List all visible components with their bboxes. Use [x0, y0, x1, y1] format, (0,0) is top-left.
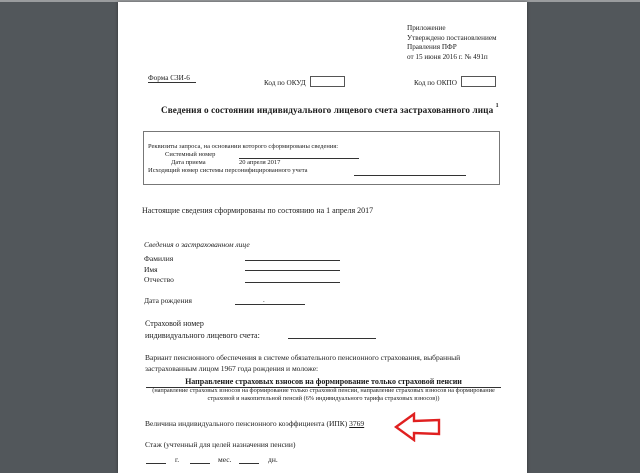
seniority-years-unit: г. — [175, 455, 179, 464]
receipt-date-value: 20 апреля 2017 — [239, 159, 280, 166]
document-title: Сведения о состоянии индивидуального лиц… — [161, 105, 499, 115]
name-label: Имя — [144, 265, 158, 274]
insurance-number-line — [288, 338, 376, 339]
birth-date-line — [235, 304, 305, 305]
request-details-box: Реквизиты запроса, на основании которого… — [143, 131, 500, 185]
red-left-arrow-icon — [394, 412, 442, 442]
pension-option-text: Вариант пенсионного обеспечения в систем… — [145, 352, 505, 374]
birth-date-separator: . — [263, 296, 265, 304]
outgoing-number-line — [354, 175, 466, 176]
okpo-label: Код по ОКПО — [414, 79, 457, 87]
okud-box — [310, 76, 345, 87]
title-footnote: 1 — [496, 103, 499, 109]
system-number-label: Системный номер — [165, 151, 215, 158]
ipk-label: Величина индивидуального пенсионного коэ… — [145, 419, 347, 428]
appendix-line-2: Утверждено постановлением — [407, 34, 497, 44]
form-name: Форма СЗИ-6 — [148, 74, 196, 83]
seniority-days-unit: дн. — [268, 455, 278, 464]
okpo-box — [461, 76, 496, 87]
request-heading: Реквизиты запроса, на основании которого… — [148, 143, 338, 150]
seniority-months-line — [190, 463, 210, 464]
seniority-years-line — [146, 463, 166, 464]
receipt-date-label: Дата приема — [171, 159, 206, 166]
ipk-value: 3769 — [349, 419, 364, 428]
okud-label: Код по ОКУД — [264, 79, 306, 87]
seniority-months-unit: мес. — [218, 455, 231, 464]
okud-field: Код по ОКУД — [264, 72, 345, 90]
insured-person-heading: Сведения о застрахованном лице — [144, 240, 250, 249]
name-line — [245, 270, 340, 271]
insurance-number-label-1: Страховой номер — [145, 319, 204, 328]
patronymic-label: Отчество — [144, 275, 174, 284]
ipk-row: Величина индивидуального пенсионного коэ… — [145, 419, 364, 428]
pension-option-note: (направление страховых взносов на формир… — [146, 387, 501, 404]
surname-label: Фамилия — [144, 254, 173, 263]
insurance-number-label-2: индивидуального лицевого счета: — [145, 331, 260, 340]
document-title-text: Сведения о состоянии индивидуального лиц… — [161, 105, 493, 115]
seniority-label: Стаж (учтенный для целей назначения пенс… — [145, 440, 295, 449]
okpo-field: Код по ОКПО — [414, 72, 496, 90]
surname-line — [245, 260, 340, 261]
as-of-statement: Настоящие сведения сформированы по состо… — [142, 206, 373, 215]
appendix-block: Приложение Утверждено постановлением Пра… — [407, 24, 497, 62]
document-page: Приложение Утверждено постановлением Пра… — [118, 2, 527, 473]
seniority-days-line — [239, 463, 259, 464]
patronymic-line — [245, 282, 340, 283]
appendix-line-4: от 15 июня 2016 г. № 491п — [407, 53, 497, 63]
outgoing-number-label: Исходящий номер системы персонифицирован… — [148, 167, 308, 174]
appendix-line-1: Приложение — [407, 24, 497, 34]
appendix-line-3: Правления ПФР — [407, 43, 497, 53]
birth-date-label: Дата рождения — [144, 296, 192, 305]
